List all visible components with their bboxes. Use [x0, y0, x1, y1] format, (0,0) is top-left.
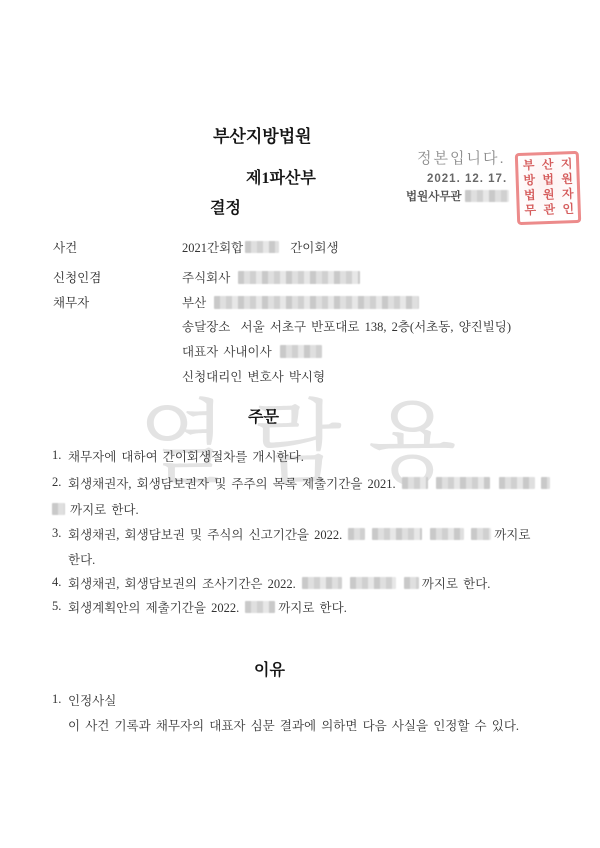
document-page: 열람용 부산지방법원 제1파산부 결정 정본입니다. 2021. 12. 17.… [0, 0, 600, 848]
order-heading: 주문 [248, 408, 337, 427]
order-item-3: 3. 회생채권, 회생담보권 및 주식의 신고기간을 2022. 까지로 [0, 525, 600, 542]
reason-body-text: 이 사건 기록과 채무자의 대표자 심문 결과에 의하면 다음 사실을 인정할 … [68, 716, 519, 734]
redacted-text [245, 601, 275, 613]
redacted-text [350, 577, 396, 589]
order-item-5-text: 회생계획안의 제출기간을 2022. [68, 598, 239, 616]
redacted-text [541, 477, 550, 489]
service-address: 송달장소 서울 서초구 반포대로 138, 2층(서초동, 양진빌딩) [182, 317, 511, 335]
seal-column-3: 지원자인 [560, 157, 574, 217]
certified-copy-label: 정본입니다. [417, 147, 506, 168]
case-number-row: 사건 2021간회합 간이회생 [0, 238, 600, 255]
redacted-text [404, 577, 419, 589]
applicant-value: 주식회사 [182, 268, 360, 286]
redacted-text [348, 528, 365, 540]
order-item-4-text: 회생채권, 회생담보권의 조사기간은 2022. [68, 574, 296, 592]
seal-column-2: 산법원관 [541, 158, 555, 218]
order-item-1: 1. 채무자에 대하여 간이회생절차를 개시한다. [0, 447, 600, 464]
representative-row: 대표자 사내이사 [0, 342, 600, 359]
case-number-prefix: 2021간회합 [182, 238, 243, 256]
clerk-name-redacted [465, 190, 509, 202]
order-item-5: 5. 회생계획안의 제출기간을 2022. 까지로 한다. [0, 598, 600, 615]
redacted-text [214, 296, 419, 309]
order-item-1-number: 1. [52, 448, 68, 463]
redacted-text [238, 271, 360, 284]
debtor-city: 부산 [182, 293, 206, 311]
order-item-4-tail: 까지로 한다. [422, 574, 491, 592]
redacted-text [430, 528, 464, 540]
redacted-text [499, 477, 535, 489]
representative-title: 대표자 사내이사 [182, 342, 272, 360]
seal-column-1: 부방법무 [522, 158, 536, 218]
redacted-text [302, 577, 342, 589]
order-item-2-text: 회생채권자, 회생담보권자 및 주주의 목록 제출기간을 2021. [68, 474, 396, 492]
reason-heading: 이유 [254, 661, 338, 680]
order-item-2: 2. 회생채권자, 회생담보권자 및 주주의 목록 제출기간을 2021. [0, 474, 600, 491]
order-item-4: 4. 회생채권, 회생담보권의 조사기간은 2022. 까지로 한다. [0, 574, 600, 591]
case-type: 간이회생 [290, 238, 338, 256]
order-item-5-tail: 까지로 한다. [278, 598, 347, 616]
redacted-text [280, 345, 322, 358]
redacted-text [245, 241, 279, 253]
attorney-name: 신청대리인 변호사 박시형 [182, 367, 325, 385]
case-number-value: 2021간회합 간이회생 [182, 238, 339, 256]
clerk-title: 법원사무관 [406, 188, 465, 204]
order-item-2-number: 2. [52, 475, 68, 490]
order-item-4-number: 4. [52, 575, 68, 590]
order-item-2-continued: 까지로 한다. [0, 500, 600, 517]
order-item-3-continued: 한다. [0, 550, 600, 567]
order-item-3-text: 회생채권, 회생담보권 및 주식의 신고기간을 2022. [68, 525, 342, 543]
service-address-row: 송달장소 서울 서초구 반포대로 138, 2층(서초동, 양진빌딩) [0, 317, 600, 334]
reason-item-1-title: 인정사실 [68, 691, 116, 709]
applicant-row: 신청인겸 주식회사 [0, 268, 600, 285]
attorney-row: 신청대리인 변호사 박시형 [0, 367, 600, 384]
certification-date: 2021. 12. 17. [427, 173, 507, 185]
redacted-text [402, 477, 428, 489]
order-item-2-cont-text: 까지로 한다. [70, 500, 139, 518]
attorney-value: 신청대리인 변호사 박시형 [182, 367, 325, 385]
redacted-text [52, 503, 65, 515]
order-item-5-number: 5. [52, 599, 68, 614]
redacted-text [372, 528, 422, 540]
debtor-address-value: 부산 [182, 293, 419, 311]
order-item-3-number: 3. [52, 526, 68, 541]
debtor-row: 채무자 부산 [0, 293, 600, 310]
applicant-label: 신청인겸 [53, 268, 126, 286]
company-type: 주식회사 [182, 268, 230, 286]
clerk-signature-row: 법원사무관 [406, 188, 509, 204]
decision-title: 결정 [210, 199, 344, 218]
case-label: 사건 [53, 238, 126, 256]
reason-item-1: 1. 인정사실 [0, 691, 600, 708]
order-item-1-text: 채무자에 대하여 간이회생절차를 개시한다. [68, 447, 304, 465]
order-item-3-cont-text: 한다. [68, 550, 95, 568]
redacted-text [471, 528, 491, 540]
representative-value: 대표자 사내이사 [182, 342, 322, 360]
court-title: 부산지방법원 [213, 127, 385, 147]
reason-body-line: 이 사건 기록과 채무자의 대표자 심문 결과에 의하면 다음 사실을 인정할 … [0, 716, 600, 733]
court-seal-stamp: 부방법무 산법원관 지원자인 [515, 151, 581, 225]
division-title: 제1파산부 [246, 169, 352, 188]
service-address-value: 송달장소 서울 서초구 반포대로 138, 2층(서초동, 양진빌딩) [182, 317, 511, 335]
reason-item-1-number: 1. [52, 692, 68, 707]
order-item-3-tail: 까지로 [494, 525, 530, 543]
debtor-label: 채무자 [53, 293, 126, 311]
redacted-text [436, 477, 490, 489]
